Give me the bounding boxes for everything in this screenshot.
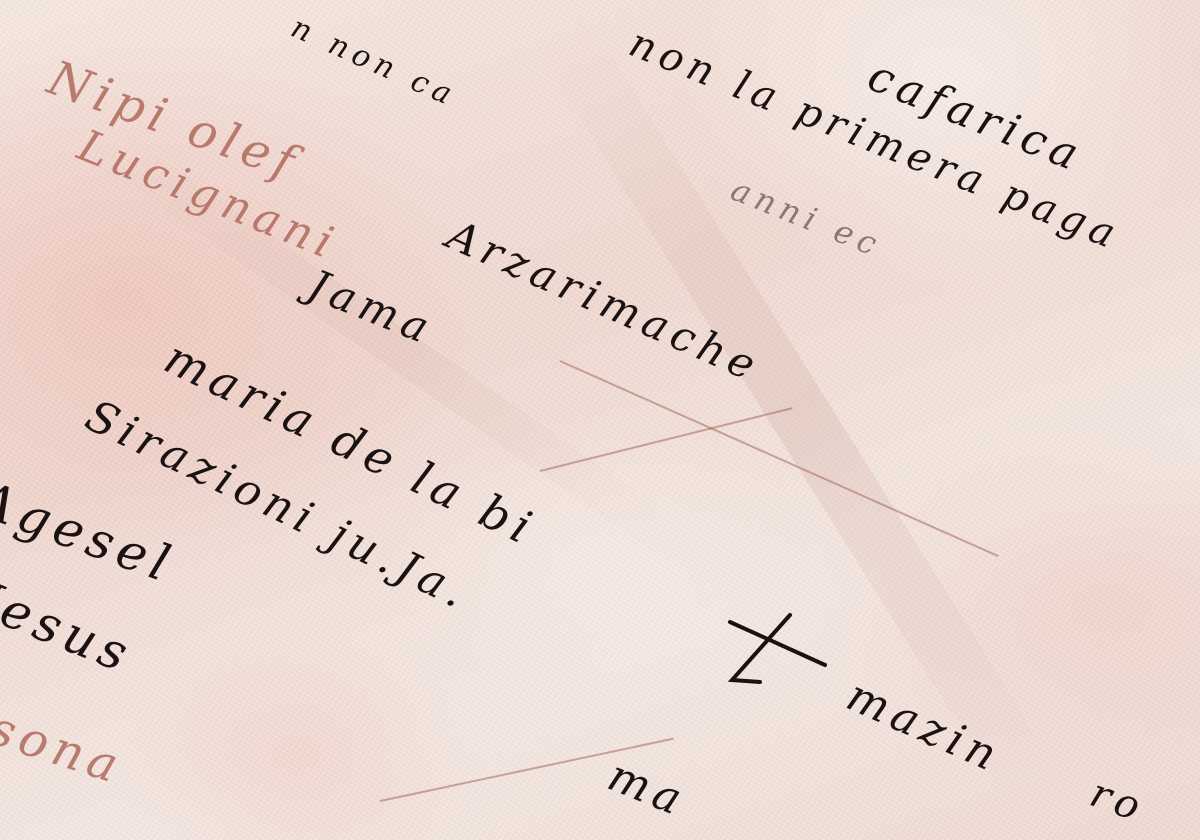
manuscript-line: anni ec [726, 170, 888, 265]
manuscript-line: Jesus [0, 570, 141, 685]
ink-rule-line [540, 407, 793, 471]
manuscript-line: n non ca [286, 10, 463, 114]
manuscript-line: Agesel [0, 470, 183, 595]
manuscript-line: sona [0, 700, 130, 796]
cross-mark-icon [720, 610, 830, 690]
manuscript-photo: non la primera paga cafarica n non ca Ni… [0, 0, 1200, 840]
manuscript-line: ma [601, 750, 694, 827]
manuscript-line: ro [1084, 770, 1152, 832]
